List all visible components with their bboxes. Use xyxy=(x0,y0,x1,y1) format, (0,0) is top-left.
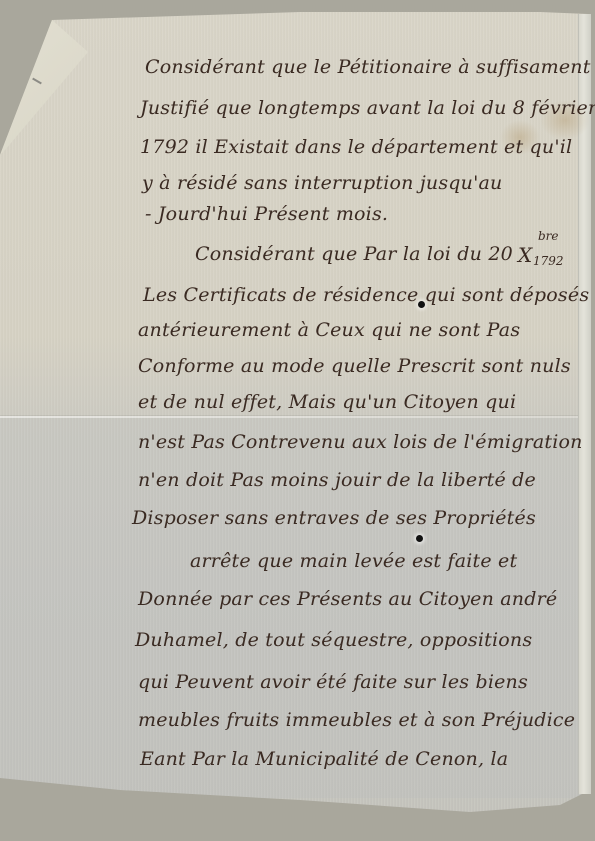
date-mark: X xyxy=(518,243,532,267)
manuscript-line: meubles fruits immeubles et à son Préjud… xyxy=(138,709,575,731)
manuscript-line: Considérant que Par la loi du 20 xyxy=(195,243,513,265)
manuscript-line: 1792 il Existait dans le département et … xyxy=(140,136,572,158)
manuscript-line: - Jourd'hui Présent mois. xyxy=(145,203,388,225)
manuscript-line: Justifié que longtemps avant la loi du 8… xyxy=(140,97,595,119)
manuscript-line: arrête que main levée est faite et xyxy=(190,550,517,572)
date-superscript: bre xyxy=(538,229,559,243)
manuscript-line: n'en doit Pas moins jouir de la liberté … xyxy=(138,469,536,491)
manuscript-line: Donnée par ces Présents au Citoyen andré xyxy=(138,588,557,610)
manuscript-line: Considérant que le Pétitionaire à suffis… xyxy=(145,56,591,78)
date-year: 1792 xyxy=(533,254,564,268)
manuscript-line: n'est Pas Contrevenu aux lois de l'émigr… xyxy=(138,431,583,453)
manuscript-line: qui Peuvent avoir été faite sur les bien… xyxy=(138,671,528,693)
paper-hole xyxy=(416,535,423,542)
manuscript-line: Duhamel, de tout séquestre, oppositions xyxy=(135,629,532,651)
manuscript-line: Disposer sans entraves de ses Propriétés xyxy=(132,507,536,529)
manuscript-line: y à résidé sans interruption jusqu'au xyxy=(142,172,503,194)
manuscript-line: antérieurement à Ceux qui ne sont Pas xyxy=(138,319,520,341)
document-photo: Considérant que le Pétitionaire à suffis… xyxy=(0,0,595,841)
manuscript-line: et de nul effet, Mais qu'un Citoyen qui xyxy=(138,391,516,413)
manuscript-line: Eant Par la Municipalité de Cenon, la xyxy=(140,748,508,770)
fold-crease xyxy=(0,416,590,418)
manuscript-line: Les Certificats de résidence qui sont dé… xyxy=(143,284,589,306)
manuscript-line: Conforme au mode quelle Prescrit sont nu… xyxy=(138,355,571,377)
